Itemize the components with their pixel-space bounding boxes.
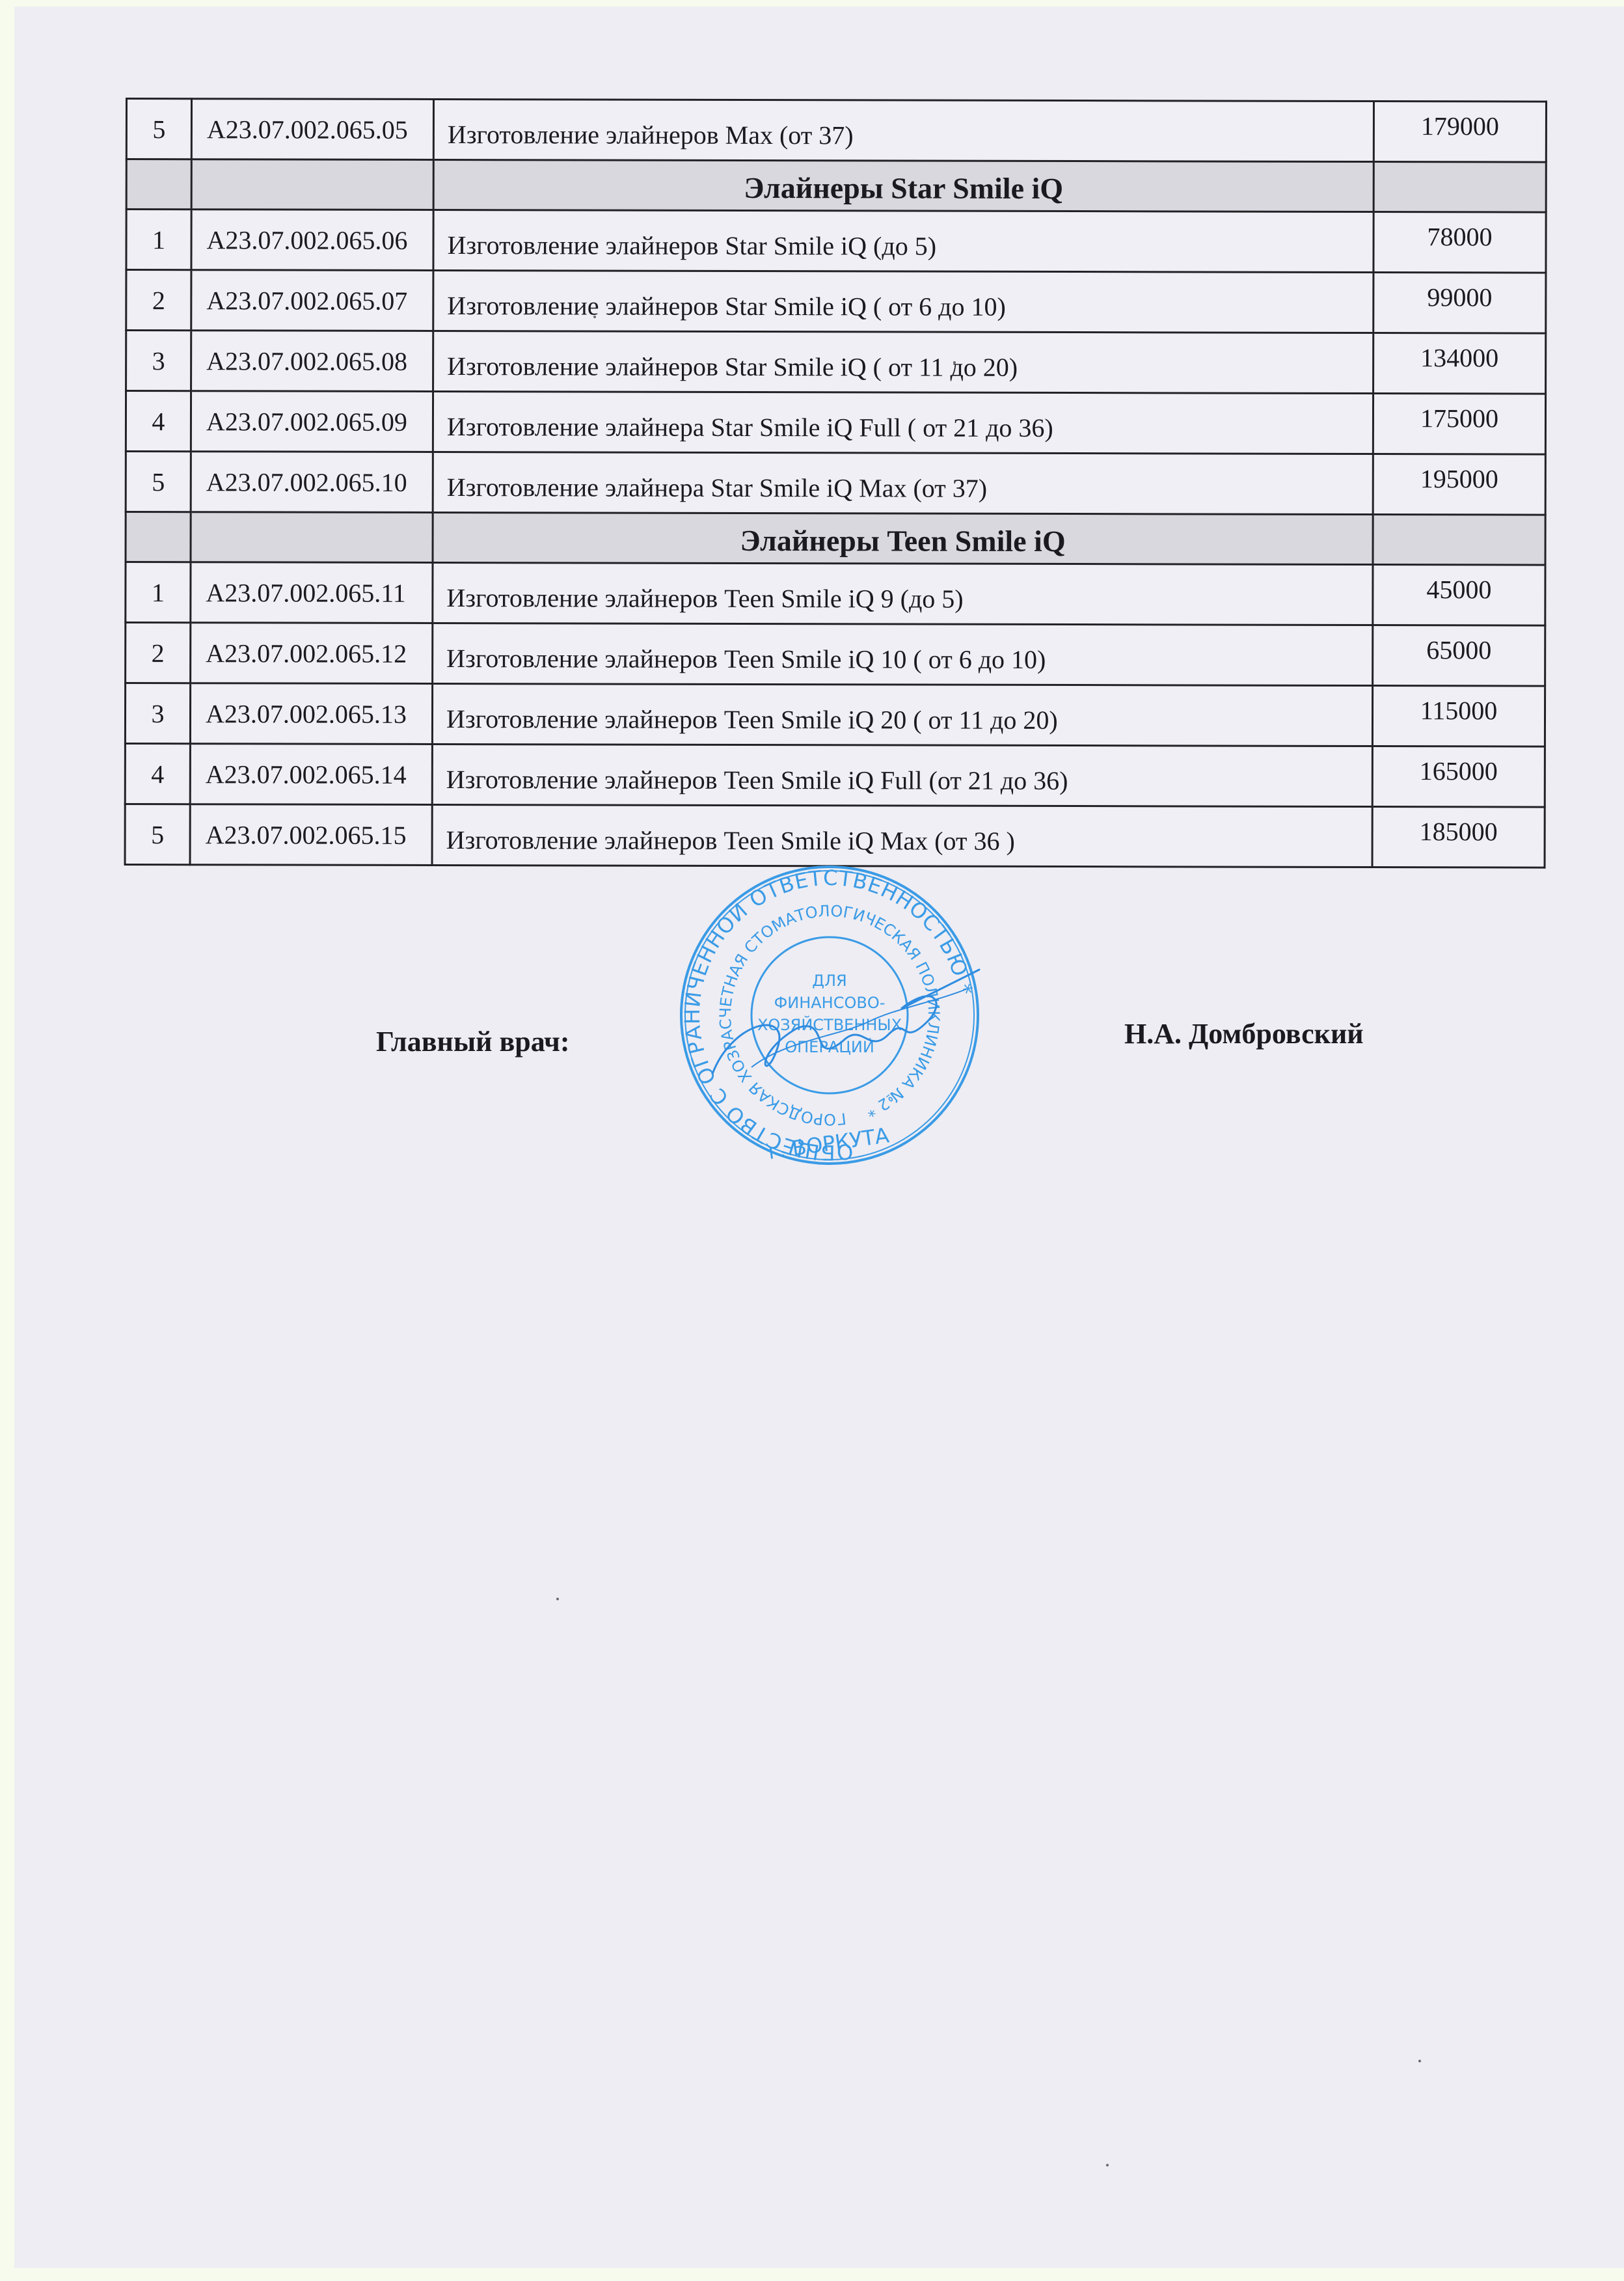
svg-text:ФИНАНСОВО-: ФИНАНСОВО-	[774, 994, 886, 1012]
service-code: A23.07.002.065.09	[191, 391, 433, 452]
service-price: 165000	[1372, 746, 1545, 808]
group-blank	[1373, 515, 1545, 566]
svg-text:ДЛЯ: ДЛЯ	[812, 972, 846, 990]
group-header-row: Элайнеры Star Smile iQ	[126, 159, 1546, 213]
service-name: Изготовление элайнеров Teen Smile iQ Max…	[432, 804, 1372, 867]
service-price: 78000	[1374, 212, 1546, 273]
row-number: 5	[126, 452, 191, 512]
service-price: 185000	[1372, 807, 1545, 868]
row-number: 1	[126, 210, 191, 270]
organization-stamp-icon: ОБЩЕСТВО С ОГРАНИЧЕННОЙ ОТВЕТСТВЕННОСТЬЮ…	[673, 859, 986, 1171]
table-row: 5A23.07.002.065.05Изготовление элайнеров…	[126, 99, 1546, 163]
row-number: 5	[126, 99, 191, 159]
row-number: 4	[126, 391, 191, 452]
service-code: A23.07.002.065.11	[191, 562, 433, 623]
group-blank	[191, 512, 433, 563]
table-row: 5A23.07.002.065.10Изготовление элайнера …	[126, 452, 1545, 515]
row-number: 4	[125, 744, 190, 804]
service-code: A23.07.002.065.07	[191, 270, 433, 331]
group-header-row: Элайнеры Teen Smile iQ	[126, 512, 1545, 566]
group-blank	[126, 512, 191, 562]
row-number: 3	[125, 683, 190, 744]
service-code: A23.07.002.065.13	[190, 683, 432, 744]
row-number: 1	[126, 562, 191, 623]
service-name: Изготовление элайнера Star Smile iQ Max …	[433, 452, 1373, 514]
service-name: Изготовление элайнеров Teen Smile iQ Ful…	[432, 744, 1372, 806]
service-name: Изготовление элайнеров Star Smile iQ (до…	[433, 210, 1374, 272]
position-label: Главный врач:	[376, 1025, 569, 1058]
service-price: 65000	[1373, 625, 1545, 687]
service-code: A23.07.002.065.15	[190, 804, 432, 866]
service-code: A23.07.002.065.05	[191, 99, 433, 160]
service-code: A23.07.002.065.12	[191, 623, 433, 684]
table-row: 2A23.07.002.065.12Изготовление элайнеров…	[126, 623, 1545, 687]
row-number: 2	[126, 270, 191, 331]
svg-text:ОПЕРАЦИЙ: ОПЕРАЦИЙ	[785, 1037, 874, 1056]
service-price: 179000	[1374, 102, 1546, 163]
service-price: 45000	[1373, 565, 1545, 626]
service-price: 115000	[1372, 686, 1545, 747]
table-row: 4A23.07.002.065.09Изготовление элайнера …	[126, 391, 1545, 455]
service-price: 175000	[1373, 394, 1545, 455]
group-title: Элайнеры Teen Smile iQ	[433, 512, 1373, 564]
row-number: 3	[126, 331, 191, 391]
service-code: A23.07.002.065.08	[191, 331, 433, 392]
table-row: 1A23.07.002.065.06Изготовление элайнеров…	[126, 210, 1546, 273]
service-name: Изготовление элайнера Star Smile iQ Full…	[433, 391, 1373, 454]
table-row: 4A23.07.002.065.14Изготовление элайнеров…	[125, 744, 1545, 808]
row-number: 2	[126, 623, 191, 683]
row-number: 5	[125, 804, 190, 865]
table-row: 1A23.07.002.065.11Изготовление элайнеров…	[126, 562, 1545, 626]
service-price: 99000	[1374, 273, 1546, 334]
service-code: A23.07.002.065.06	[191, 210, 433, 271]
price-list-table: 5A23.07.002.065.05Изготовление элайнеров…	[124, 98, 1547, 869]
service-name: Изготовление элайнеров Teen Smile iQ 20 …	[432, 683, 1372, 746]
service-name: Изготовление элайнеров Max (от 37)	[433, 99, 1374, 161]
service-price: 195000	[1373, 454, 1545, 515]
table-row: 3A23.07.002.065.08Изготовление элайнеров…	[126, 331, 1546, 394]
service-name: Изготовление элайнеров Teen Smile iQ 9 (…	[433, 562, 1373, 625]
table-row: 3A23.07.002.065.13Изготовление элайнеров…	[125, 683, 1545, 747]
service-code: A23.07.002.065.10	[191, 452, 433, 513]
service-name: Изготовление элайнеров Star Smile iQ ( о…	[433, 331, 1374, 393]
table-row: 2A23.07.002.065.07Изготовление элайнеров…	[126, 270, 1546, 334]
service-code: A23.07.002.065.14	[190, 744, 432, 805]
service-price: 134000	[1374, 333, 1546, 394]
group-blank	[126, 159, 191, 210]
service-name: Изготовление элайнеров Teen Smile iQ 10 …	[433, 623, 1373, 685]
signer-name: Н.А. Домбровский	[1124, 1017, 1364, 1050]
group-blank	[191, 159, 433, 210]
group-blank	[1374, 162, 1546, 213]
table-row: 5A23.07.002.065.15Изготовление элайнеров…	[125, 804, 1545, 868]
service-name: Изготовление элайнеров Star Smile iQ ( о…	[433, 270, 1374, 333]
group-title: Элайнеры Star Smile iQ	[433, 159, 1374, 212]
